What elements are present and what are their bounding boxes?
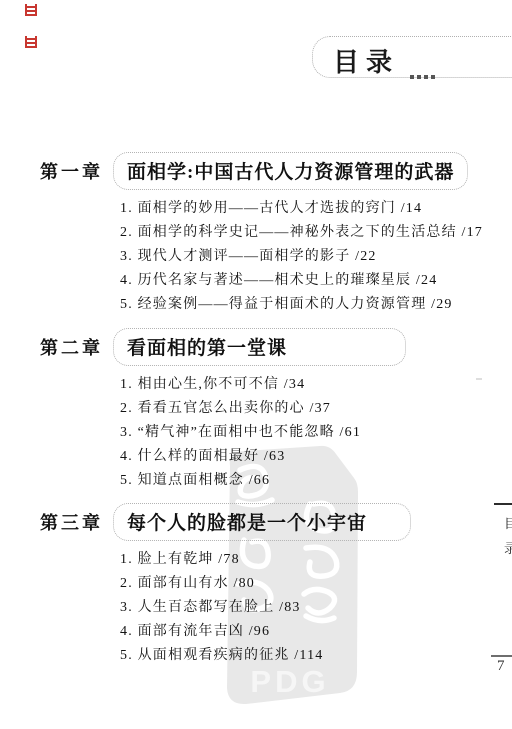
chapter-title: 看面相的第一堂课: [127, 338, 287, 359]
toc-item: 3. 现代人才测评——面相学的影子 /22: [120, 245, 483, 269]
chapter-title: 每个人的脸都是一个小宇宙: [127, 513, 367, 534]
page-number: 7: [497, 658, 505, 675]
watermark-label: PDG: [250, 664, 329, 699]
chapter-label: 第三章: [40, 509, 103, 535]
toc-item: 5. 知道点面相概念 /66: [120, 469, 406, 493]
chapter-title-box: 看面相的第一堂课: [113, 328, 406, 366]
toc-item: 1. 脸上有乾坤 /78: [120, 548, 411, 572]
chapter-label: 第二章: [40, 334, 103, 360]
chapter-title: 面相学:中国古代人力资源管理的武器: [127, 162, 454, 183]
toc-item-list: 1. 相由心生,你不可不信 /34 2. 看看五官怎么出卖你的心 /37 3. …: [40, 373, 406, 493]
side-tab-char: 录: [504, 538, 512, 557]
toc-header-box: 目录: [312, 36, 512, 78]
toc-item: 5. 从面相观看疾病的征兆 /114: [120, 644, 411, 668]
toc-item: 2. 面部有山有水 /80: [120, 572, 411, 596]
scanned-toc-page: 目录 PDG 第一章 面相学:中国古代人力资源管理的武器: [0, 0, 512, 729]
toc-item: 4. 面部有流年吉凶 /96: [120, 620, 411, 644]
chapter-section-3: 第三章 每个人的脸都是一个小宇宙 1. 脸上有乾坤 /78 2. 面部有山有水 …: [40, 503, 411, 668]
page-number-rule: [491, 655, 512, 657]
toc-item-list: 1. 脸上有乾坤 /78 2. 面部有山有水 /80 3. 人生百态都写在脸上 …: [40, 548, 411, 668]
toc-item: 2. 看看五官怎么出卖你的心 /37: [120, 397, 406, 421]
toc-item: 4. 什么样的面相最好 /63: [120, 445, 406, 469]
chapter-section-2: 第二章 看面相的第一堂课 1. 相由心生,你不可不信 /34 2. 看看五官怎么…: [40, 328, 406, 493]
red-stamp-icon: [25, 4, 37, 16]
chapter-section-1: 第一章 面相学:中国古代人力资源管理的武器 1. 面相学的妙用——古代人才选拔的…: [40, 152, 483, 317]
header-dots-icon: [410, 75, 437, 79]
chapter-title-box: 面相学:中国古代人力资源管理的武器: [113, 152, 468, 190]
red-stamp-icon: [25, 36, 37, 48]
scan-speck: [476, 378, 482, 380]
toc-item: 1. 面相学的妙用——古代人才选拔的窍门 /14: [120, 197, 483, 221]
toc-item-list: 1. 面相学的妙用——古代人才选拔的窍门 /14 2. 面相学的科学史记——神秘…: [40, 197, 483, 317]
toc-item: 3. 人生百态都写在脸上 /83: [120, 596, 411, 620]
side-tab-rule: [494, 503, 512, 505]
toc-item: 1. 相由心生,你不可不信 /34: [120, 373, 406, 397]
toc-item: 2. 面相学的科学史记——神秘外表之下的生活总结 /17: [120, 221, 483, 245]
side-tab-char: 目: [504, 513, 512, 532]
chapter-label: 第一章: [40, 158, 103, 184]
page-title: 目录: [333, 42, 399, 79]
toc-item: 5. 经验案例——得益于相面术的人力资源管理 /29: [120, 293, 483, 317]
toc-item: 3. “精气神”在面相中也不能忽略 /61: [120, 421, 406, 445]
chapter-title-box: 每个人的脸都是一个小宇宙: [113, 503, 411, 541]
toc-item: 4. 历代名家与著述——相术史上的璀璨星辰 /24: [120, 269, 483, 293]
